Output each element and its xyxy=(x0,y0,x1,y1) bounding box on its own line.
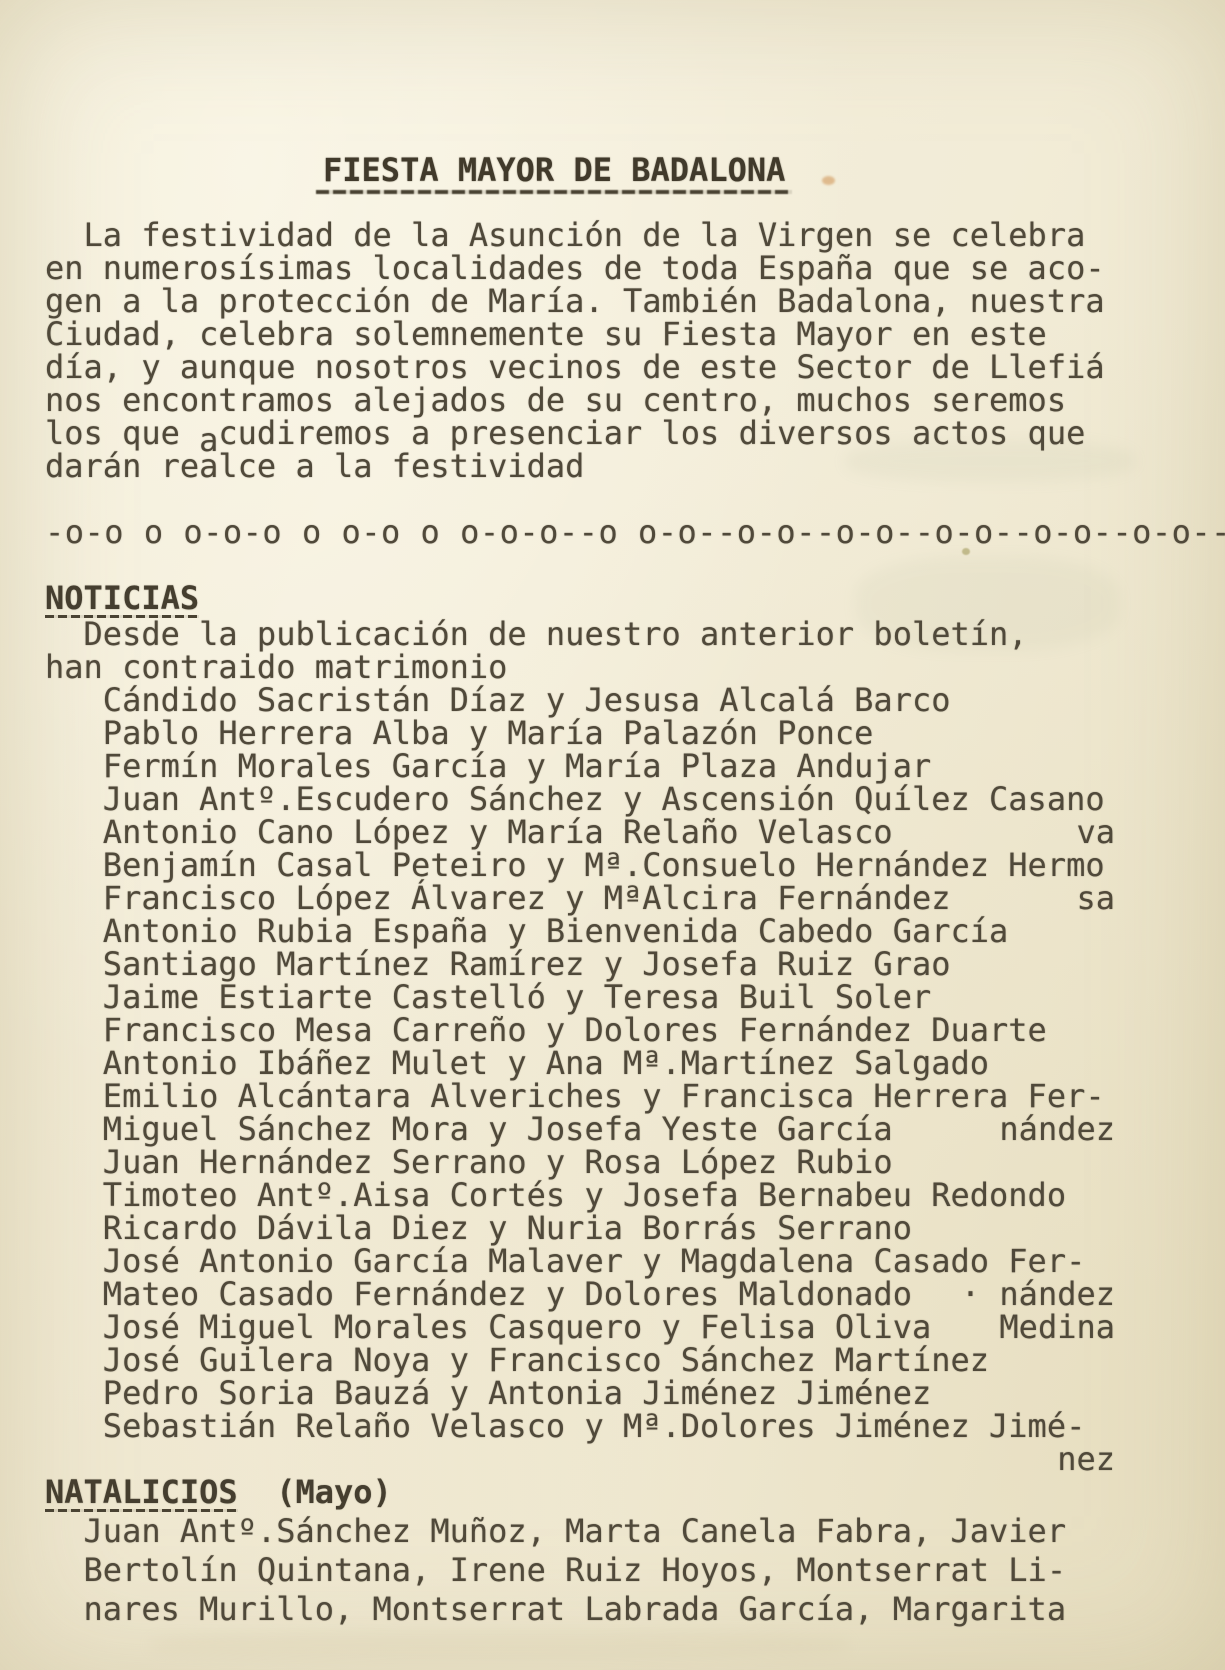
marriage-row: Juan Antº.Escudero Sánchez y Ascensión Q… xyxy=(45,783,1115,816)
marriage-text: Antonio Ibáñez Mulet y Ana Mª.Martínez S… xyxy=(45,1047,989,1080)
marriage-row: José Miguel Morales Casquero y Felisa Ol… xyxy=(45,1311,1115,1344)
marriage-text: Francisco Mesa Carreño y Dolores Fernánd… xyxy=(45,1014,1047,1047)
marriage-text: José Antonio García Malaver y Magdalena … xyxy=(45,1245,1085,1278)
marriage-text: José Guilera Noya y Francisco Sánchez Ma… xyxy=(45,1344,989,1377)
natalicios-list: Juan Antº.Sánchez Muñoz, Marta Canela Fa… xyxy=(45,1512,1115,1629)
marriage-row: Pedro Soria Bauzá y Antonia Jiménez Jimé… xyxy=(45,1377,1115,1410)
intro-line: en numerosísimas localidades de toda Esp… xyxy=(45,252,1115,285)
natalicios-line: nares Murillo, Montserrat Labrada García… xyxy=(45,1590,1115,1629)
natalicios-month: (Mayo) xyxy=(238,1473,392,1511)
intro-line: La festividad de la Asunción de la Virge… xyxy=(45,219,1115,252)
divider-ornament: -o-o o o-o-o o o-o o o-o-o--o o-o--o-o--… xyxy=(45,516,1115,549)
marriage-row: Benjamín Casal Peteiro y Mª.Consuelo Her… xyxy=(45,849,1115,882)
marriage-text: Sebastián Relaño Velasco y Mª.Dolores Ji… xyxy=(45,1410,1085,1443)
marriage-row: Pablo Herrera Alba y María Palazón Ponce xyxy=(45,717,1115,750)
marriage-continuation: sa xyxy=(1076,882,1115,915)
marriage-text: Pedro Soria Bauzá y Antonia Jiménez Jimé… xyxy=(45,1377,931,1410)
noticias-intro: Desde la publicación de nuestro anterior… xyxy=(45,618,1115,684)
marriage-continuation: · nández xyxy=(961,1278,1115,1311)
marriage-row: Antonio Rubia España y Bienvenida Cabedo… xyxy=(45,915,1115,948)
intro-line-dropped-char: los que acudiremos a presenciar los dive… xyxy=(45,417,1115,450)
paper-shadow-smudge xyxy=(150,1630,850,1660)
natalicios-line: Bertolín Quintana, Irene Ruiz Hoyos, Mon… xyxy=(45,1551,1115,1590)
marriage-row: Mateo Casado Fernández y Dolores Maldona… xyxy=(45,1278,1115,1311)
marriage-row: Cándido Sacristán Díaz y Jesusa Alcalá B… xyxy=(45,684,1115,717)
marriage-text: Antonio Cano López y María Relaño Velasc… xyxy=(45,816,893,849)
noticias-intro-line: han contraido matrimonio xyxy=(45,651,1115,684)
marriage-row: Juan Hernández Serrano y Rosa López Rubi… xyxy=(45,1146,1115,1179)
marriage-text: Benjamín Casal Peteiro y Mª.Consuelo Her… xyxy=(45,849,1105,882)
title-block: FIESTA MAYOR DE BADALONA xyxy=(323,152,785,194)
intro-line: gen a la protección de María. También Ba… xyxy=(45,285,1115,318)
page-title: FIESTA MAYOR DE BADALONA xyxy=(323,152,785,188)
natalicios-line: Juan Antº.Sánchez Muñoz, Marta Canela Fa… xyxy=(45,1512,1115,1551)
marriage-row: Sebastián Relaño Velasco y Mª.Dolores Ji… xyxy=(45,1410,1115,1443)
noticias-intro-line: Desde la publicación de nuestro anterior… xyxy=(45,618,1115,651)
marriage-row: Francisco Mesa Carreño y Dolores Fernánd… xyxy=(45,1014,1115,1047)
noticias-heading-row: NOTICIAS xyxy=(45,582,1115,618)
marriage-row: Emilio Alcántara Alveriches y Francisca … xyxy=(45,1080,1115,1113)
marriage-text: Juan Antº.Escudero Sánchez y Ascensión Q… xyxy=(45,783,1105,816)
marriage-row: José Antonio García Malaver y Magdalena … xyxy=(45,1245,1115,1278)
intro-line: nos encontramos alejados de su centro, m… xyxy=(45,384,1115,417)
marriage-text: Pablo Herrera Alba y María Palazón Ponce xyxy=(45,717,873,750)
marriage-row: Antonio Ibáñez Mulet y Ana Mª.Martínez S… xyxy=(45,1047,1115,1080)
marriage-row: Francisco López Álvarez y MªAlcira Ferná… xyxy=(45,882,1115,915)
document-content: FIESTA MAYOR DE BADALONA La festividad d… xyxy=(45,152,1115,1629)
marriage-text: Ricardo Dávila Diez y Nuria Borrás Serra… xyxy=(45,1212,912,1245)
natalicios-heading: NATALICIOS xyxy=(45,1476,238,1512)
intro-paragraph: La festividad de la Asunción de la Virge… xyxy=(45,219,1115,483)
marriage-text: José Miguel Morales Casquero y Felisa Ol… xyxy=(45,1311,931,1344)
marriage-continuation: va xyxy=(1076,816,1115,849)
marriage-row: Jaime Estiarte Castelló y Teresa Buil So… xyxy=(45,981,1115,1014)
noticias-heading: NOTICIAS xyxy=(45,582,199,618)
marriage-text: Santiago Martínez Ramírez y Josefa Ruiz … xyxy=(45,948,950,981)
marriage-row: José Guilera Noya y Francisco Sánchez Ma… xyxy=(45,1344,1115,1377)
marriage-continuation: nez xyxy=(1057,1443,1115,1476)
marriage-row-overflow: nez xyxy=(45,1443,1115,1476)
scanned-bulletin-page: FIESTA MAYOR DE BADALONA La festividad d… xyxy=(0,0,1225,1670)
marriage-text: Juan Hernández Serrano y Rosa López Rubi… xyxy=(45,1146,893,1179)
intro-line: Ciudad, celebra solemnemente su Fiesta M… xyxy=(45,318,1115,351)
marriage-text: Timoteo Antº.Aisa Cortés y Josefa Bernab… xyxy=(45,1179,1066,1212)
marriage-continuation: Medina xyxy=(999,1311,1115,1344)
marriage-row: Antonio Cano López y María Relaño Velasc… xyxy=(45,816,1115,849)
marriage-text: Jaime Estiarte Castelló y Teresa Buil So… xyxy=(45,981,931,1014)
marriage-row: Miguel Sánchez Mora y Josefa Yeste Garcí… xyxy=(45,1113,1115,1146)
marriage-row: Santiago Martínez Ramírez y Josefa Ruiz … xyxy=(45,948,1115,981)
marriage-row: Fermín Morales García y María Plaza Andu… xyxy=(45,750,1115,783)
marriage-text: Fermín Morales García y María Plaza Andu… xyxy=(45,750,931,783)
marriages-list: Cándido Sacristán Díaz y Jesusa Alcalá B… xyxy=(45,684,1115,1476)
marriage-row: Timoteo Antº.Aisa Cortés y Josefa Bernab… xyxy=(45,1179,1115,1212)
marriage-text: Antonio Rubia España y Bienvenida Cabedo… xyxy=(45,915,1008,948)
marriage-continuation: nández xyxy=(999,1113,1115,1146)
natalicios-heading-row: NATALICIOS (Mayo) xyxy=(45,1476,1115,1512)
marriage-row: Ricardo Dávila Diez y Nuria Borrás Serra… xyxy=(45,1212,1115,1245)
dropped-letter: a xyxy=(199,421,218,459)
marriage-text: Miguel Sánchez Mora y Josefa Yeste Garcí… xyxy=(45,1113,893,1146)
marriage-text: Emilio Alcántara Alveriches y Francisca … xyxy=(45,1080,1105,1113)
marriage-text: Cándido Sacristán Díaz y Jesusa Alcalá B… xyxy=(45,684,950,717)
title-underline xyxy=(316,190,792,194)
marriage-text: Mateo Casado Fernández y Dolores Maldona… xyxy=(45,1278,912,1311)
intro-line: día, y aunque nosotros vecinos de este S… xyxy=(45,351,1115,384)
marriage-text: Francisco López Álvarez y MªAlcira Ferná… xyxy=(45,882,950,915)
